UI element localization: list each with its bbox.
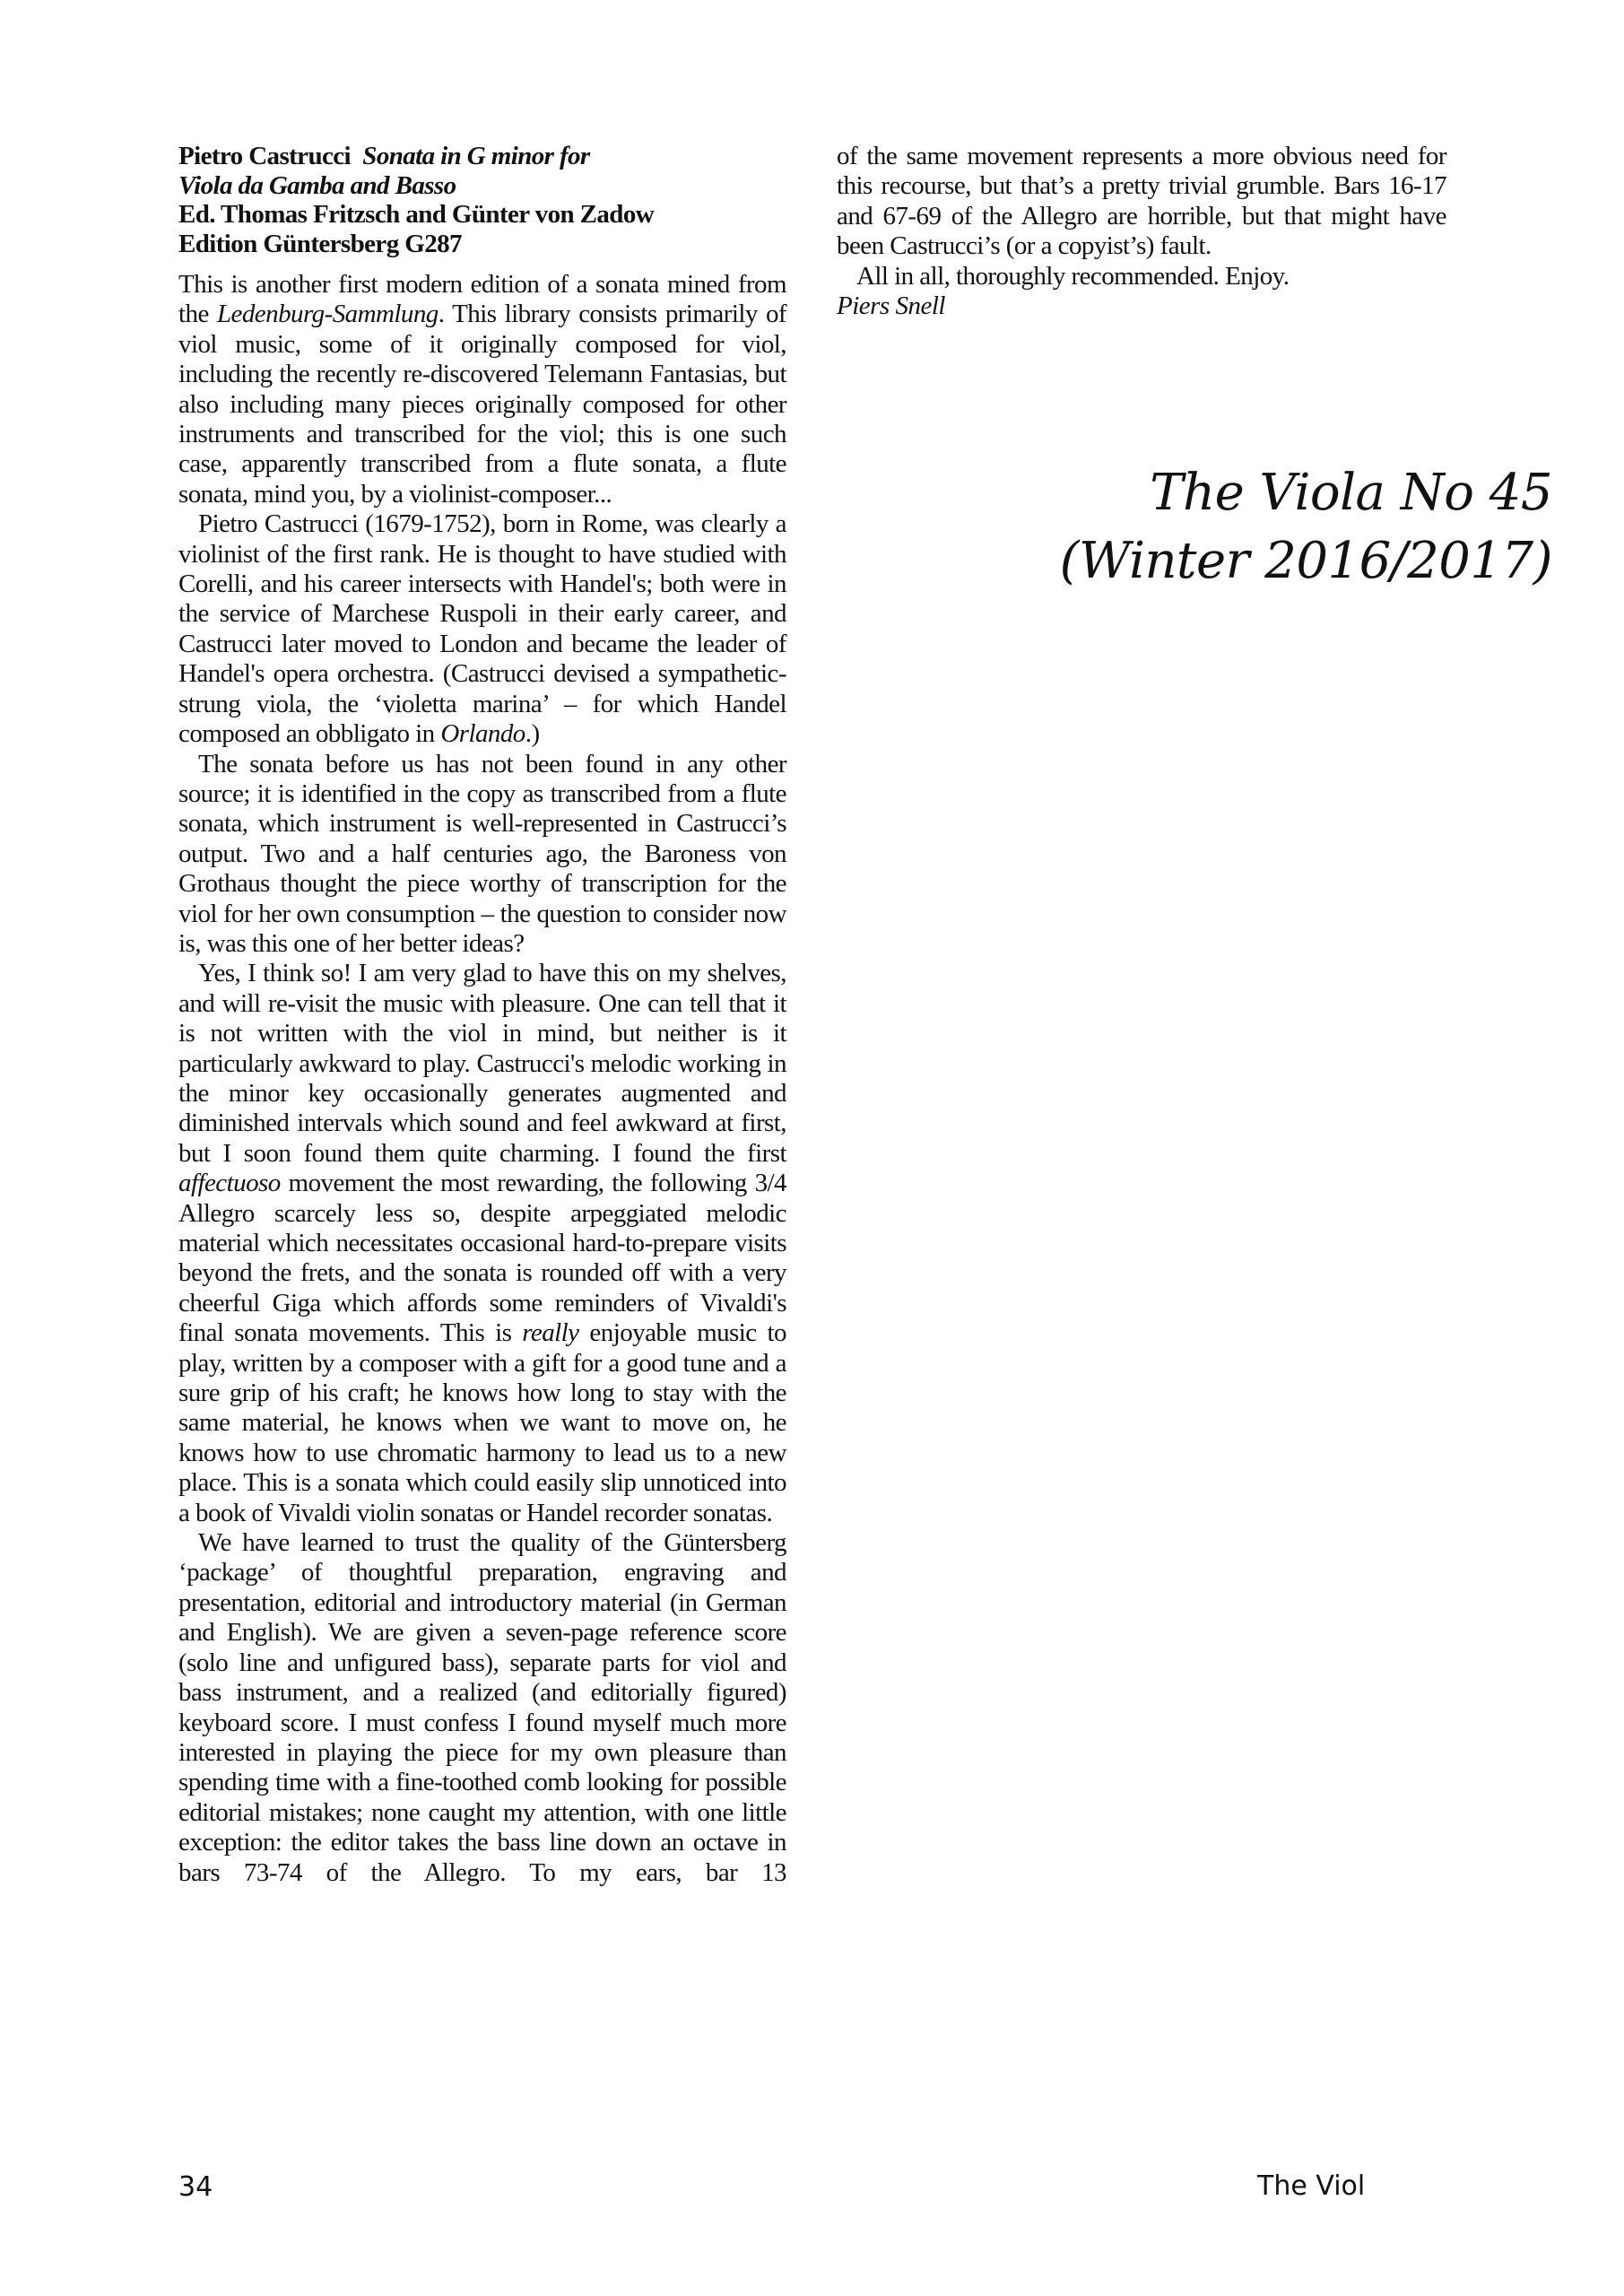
paragraph-continuation: of the same movement represents a more o… (837, 142, 1446, 262)
paragraph-4: Yes, I think so! I am very glad to have … (178, 959, 786, 1528)
right-column: of the same movement represents a more o… (837, 142, 1446, 321)
text-run-italic: Ledenburg-Sammlung (217, 300, 439, 328)
issue-label-line-2: (Winter 2016/2017) (1060, 527, 1552, 596)
work-title-part-1: Sonata in G minor for (362, 142, 589, 170)
paragraph-2: Pietro Castrucci (1679-1752), born in Ro… (178, 509, 786, 749)
document-page: Pietro Castrucci Sonata in G minor for V… (0, 0, 1624, 2296)
issue-label-line-1: The Viola No 45 (1060, 459, 1552, 527)
left-column: Pietro Castrucci Sonata in G minor for V… (178, 142, 786, 1888)
reviewer-signature: Piers Snell (837, 291, 1446, 321)
text-run: .) (525, 719, 540, 748)
paragraph-3: The sonata before us has not been found … (178, 750, 786, 960)
editors-line: Ed. Thomas Fritzsch and Günter von Zadow (178, 200, 786, 230)
paragraph-5: We have learned to trust the quality of … (178, 1528, 786, 1888)
text-run-italic: really (522, 1318, 578, 1347)
publisher-line: Edition Güntersberg G287 (178, 230, 786, 259)
closing-line: All in all, thoroughly recommended. Enjo… (837, 262, 1446, 291)
text-run: Yes, I think so! I am very glad to have … (178, 959, 786, 1167)
page-number: 34 (178, 2171, 213, 2204)
text-run-italic: affectuoso (178, 1169, 281, 1197)
heading-line-1: Pietro Castrucci Sonata in G minor for (178, 142, 786, 171)
text-run: The sonata before us has not been found … (178, 750, 786, 958)
issue-label: The Viola No 45 (Winter 2016/2017) (1060, 459, 1552, 596)
review-heading: Pietro Castrucci Sonata in G minor for V… (178, 142, 786, 258)
publication-title: The Viol (1257, 2170, 1365, 2203)
review-body-right: of the same movement represents a more o… (837, 142, 1446, 291)
text-run: Pietro Castrucci (1679-1752), born in Ro… (178, 509, 786, 748)
text-run-italic: Orlando (440, 719, 525, 748)
work-title-part-2: Viola da Gamba and Basso (178, 171, 786, 201)
review-body-left: This is another first modern edition of … (178, 270, 786, 1888)
text-run: We have learned to trust the quality of … (178, 1528, 786, 1886)
text-run: enjoyable music to play, written by a co… (178, 1318, 786, 1526)
text-run: . This library consists primarily of vio… (178, 300, 786, 508)
paragraph-1: This is another first modern edition of … (178, 270, 786, 509)
composer-name: Pietro Castrucci (178, 142, 351, 170)
